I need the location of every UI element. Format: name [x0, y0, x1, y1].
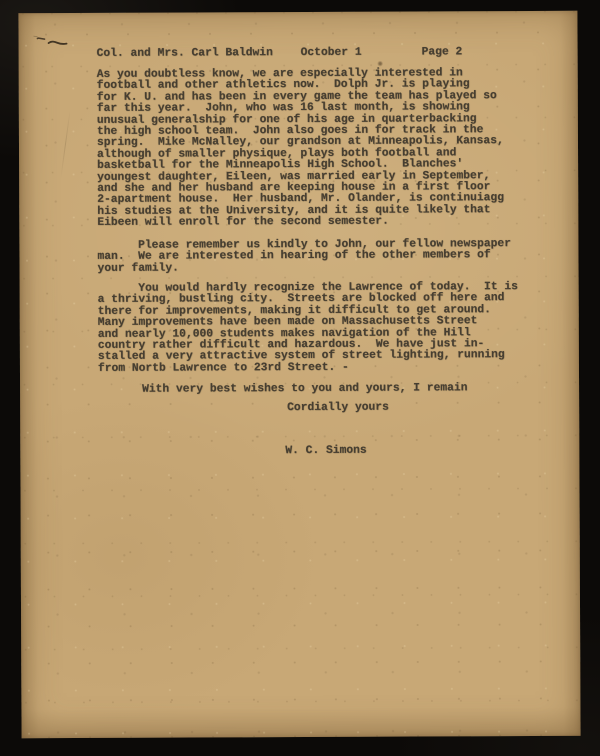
- letter-paragraph-1: As you doubtless know, we are especially…: [97, 68, 504, 229]
- header-page-number: Page 2: [422, 47, 463, 59]
- letter-page: Col. and Mrs. Carl Baldwin October 1 Pag…: [18, 11, 580, 738]
- signature-name: W. C. Simons: [285, 446, 366, 458]
- header-date: October 1: [301, 48, 362, 60]
- letter-paragraph-3: You would hardly recognize the Lawrence …: [98, 282, 519, 375]
- header-addressee: Col. and Mrs. Carl Baldwin: [97, 48, 273, 60]
- closing-line: With very best wishes to you and yours, …: [142, 383, 467, 396]
- ink-smudge: [33, 32, 83, 50]
- paper-scratch: [60, 109, 70, 178]
- paper-speck: [377, 61, 384, 67]
- valediction: Cordially yours: [287, 403, 389, 415]
- letter-paragraph-2: Please remember us kindly to John, our f…: [97, 239, 511, 275]
